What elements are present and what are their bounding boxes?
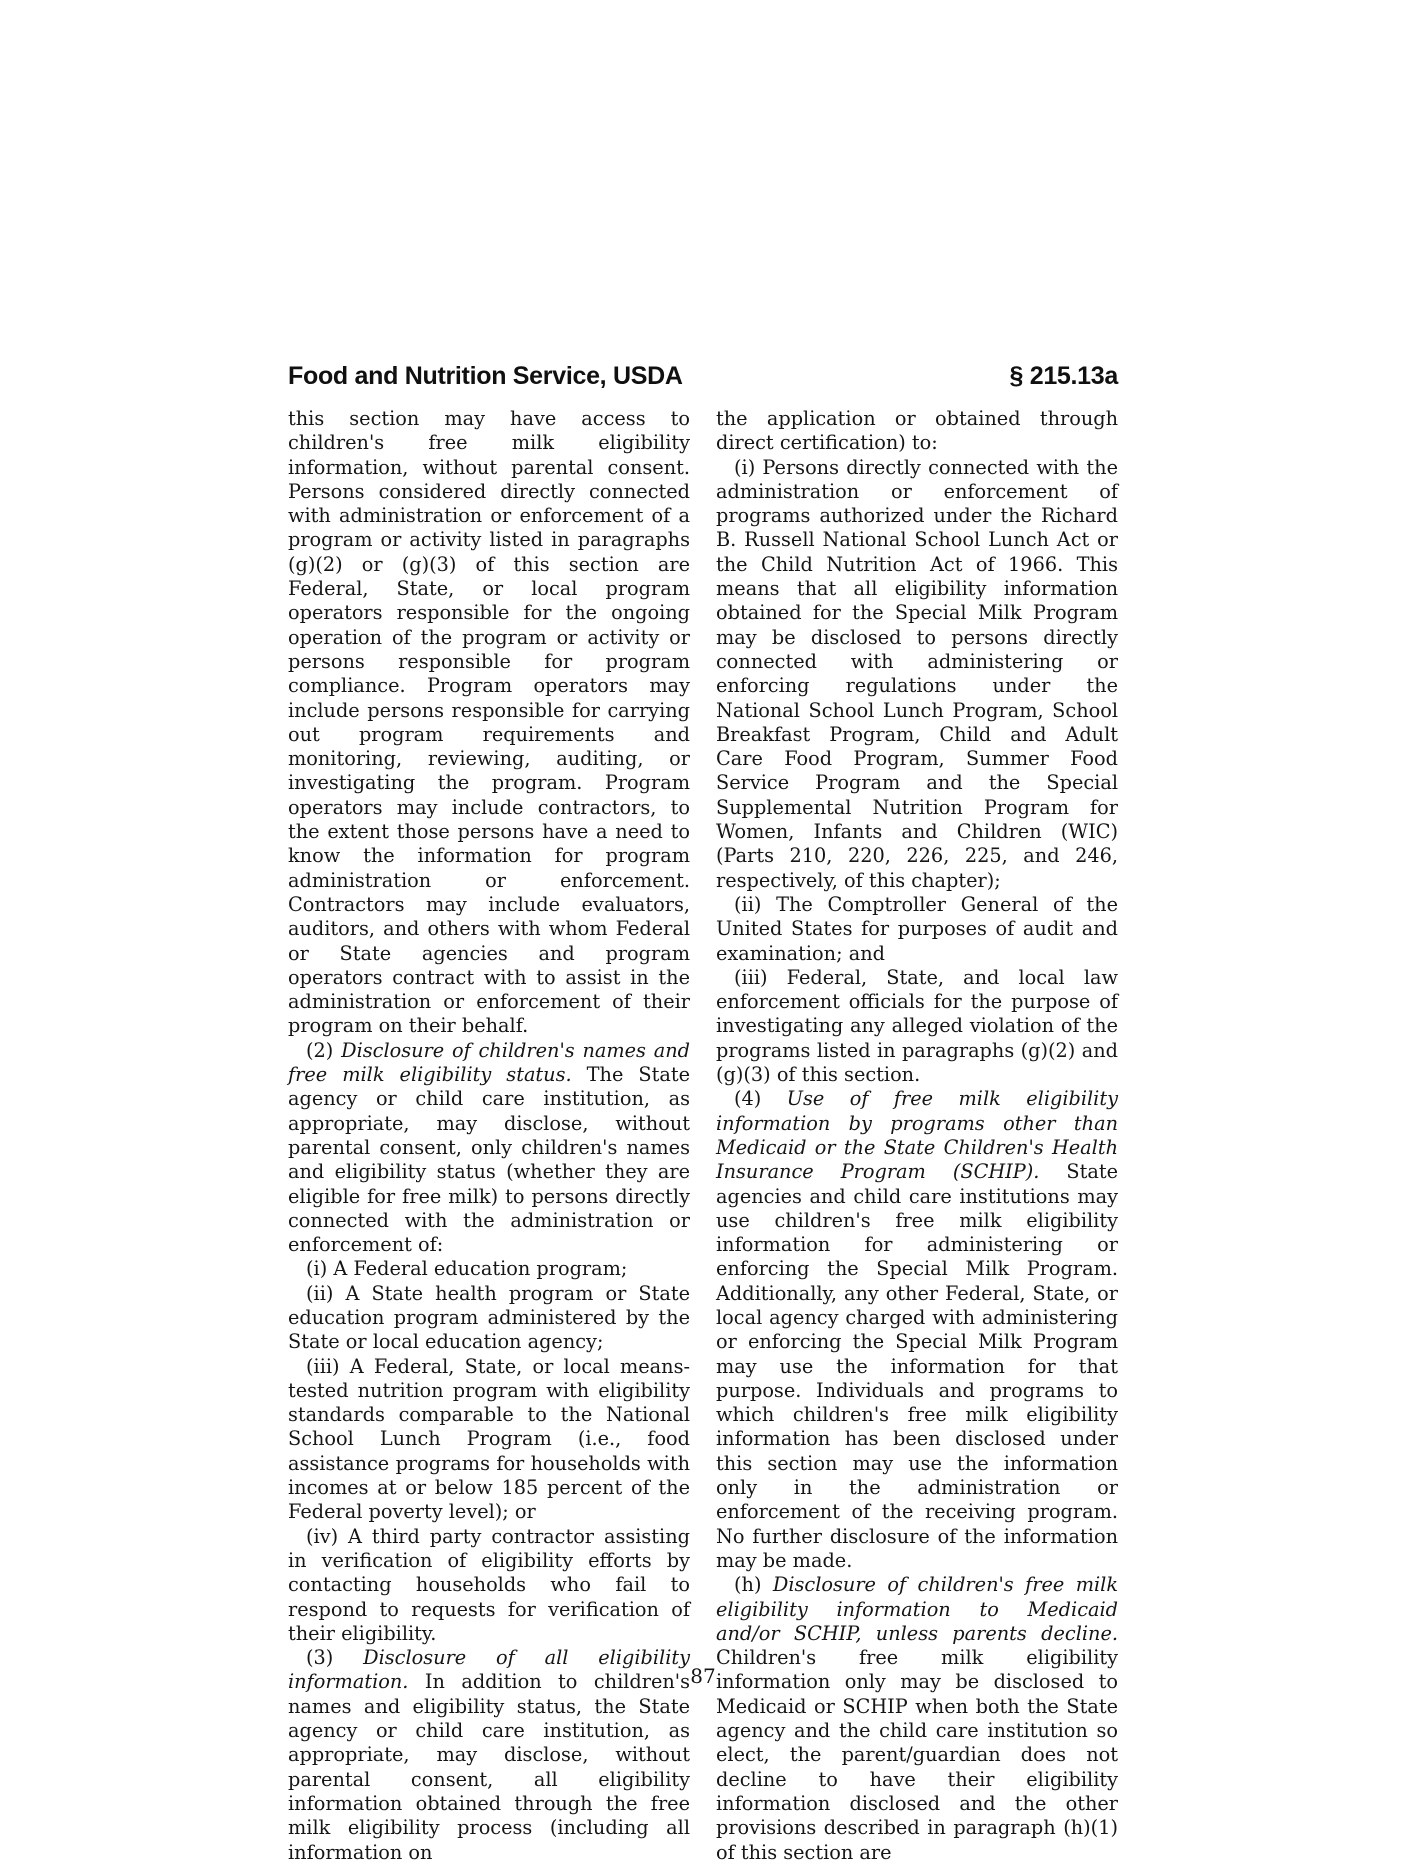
paragraph-continuation: this section may have access to children…	[288, 407, 690, 1039]
paragraph-g3-ii: (ii) The Comptroller General of the Unit…	[716, 893, 1118, 966]
paragraph-h: (h) Disclosure of children's free milk e…	[716, 1573, 1118, 1865]
paragraph-g2-iii: (iii) A Federal, State, or local means-t…	[288, 1355, 690, 1525]
paragraph-text: State agencies and child care institutio…	[716, 1160, 1118, 1572]
paragraph-text: In addition to children's names and elig…	[288, 1670, 690, 1863]
paragraph-label: (h)	[734, 1573, 773, 1596]
header-agency-title: Food and Nutrition Service, USDA	[288, 362, 683, 391]
paragraph-text: The State agency or child care instituti…	[288, 1063, 690, 1256]
paragraph-continuation: the application or obtained through dire…	[716, 407, 1118, 456]
paragraph-g2-ii: (ii) A State health program or State edu…	[288, 1282, 690, 1355]
paragraph-g2: (2) Disclosure of children's names and f…	[288, 1039, 690, 1258]
left-column: this section may have access to children…	[288, 407, 690, 1865]
page-content: Food and Nutrition Service, USDA § 215.1…	[288, 362, 1118, 1865]
two-column-body: this section may have access to children…	[288, 407, 1118, 1865]
page-number: 87	[288, 1664, 1118, 1688]
header-section-number: § 215.13a	[1009, 362, 1118, 391]
paragraph-g4: (4) Use of free milk eligibility informa…	[716, 1087, 1118, 1573]
paragraph-g3-i: (i) Persons directly connected with the …	[716, 456, 1118, 893]
right-column: the application or obtained through dire…	[716, 407, 1118, 1865]
paragraph-g2-i: (i) A Federal education program;	[288, 1257, 690, 1281]
paragraph-g3-iii: (iii) Federal, State, and local law enfo…	[716, 966, 1118, 1087]
paragraph-label: (4)	[734, 1087, 787, 1110]
running-header: Food and Nutrition Service, USDA § 215.1…	[288, 362, 1118, 391]
document-page: { "colors": { "paper": "#ffffff", "ink":…	[0, 0, 1427, 1847]
paragraph-label: (2)	[306, 1039, 341, 1062]
paragraph-heading-italic: Disclosure of children's free milk eligi…	[716, 1573, 1118, 1645]
paragraph-g2-iv: (iv) A third party contractor assisting …	[288, 1525, 690, 1646]
